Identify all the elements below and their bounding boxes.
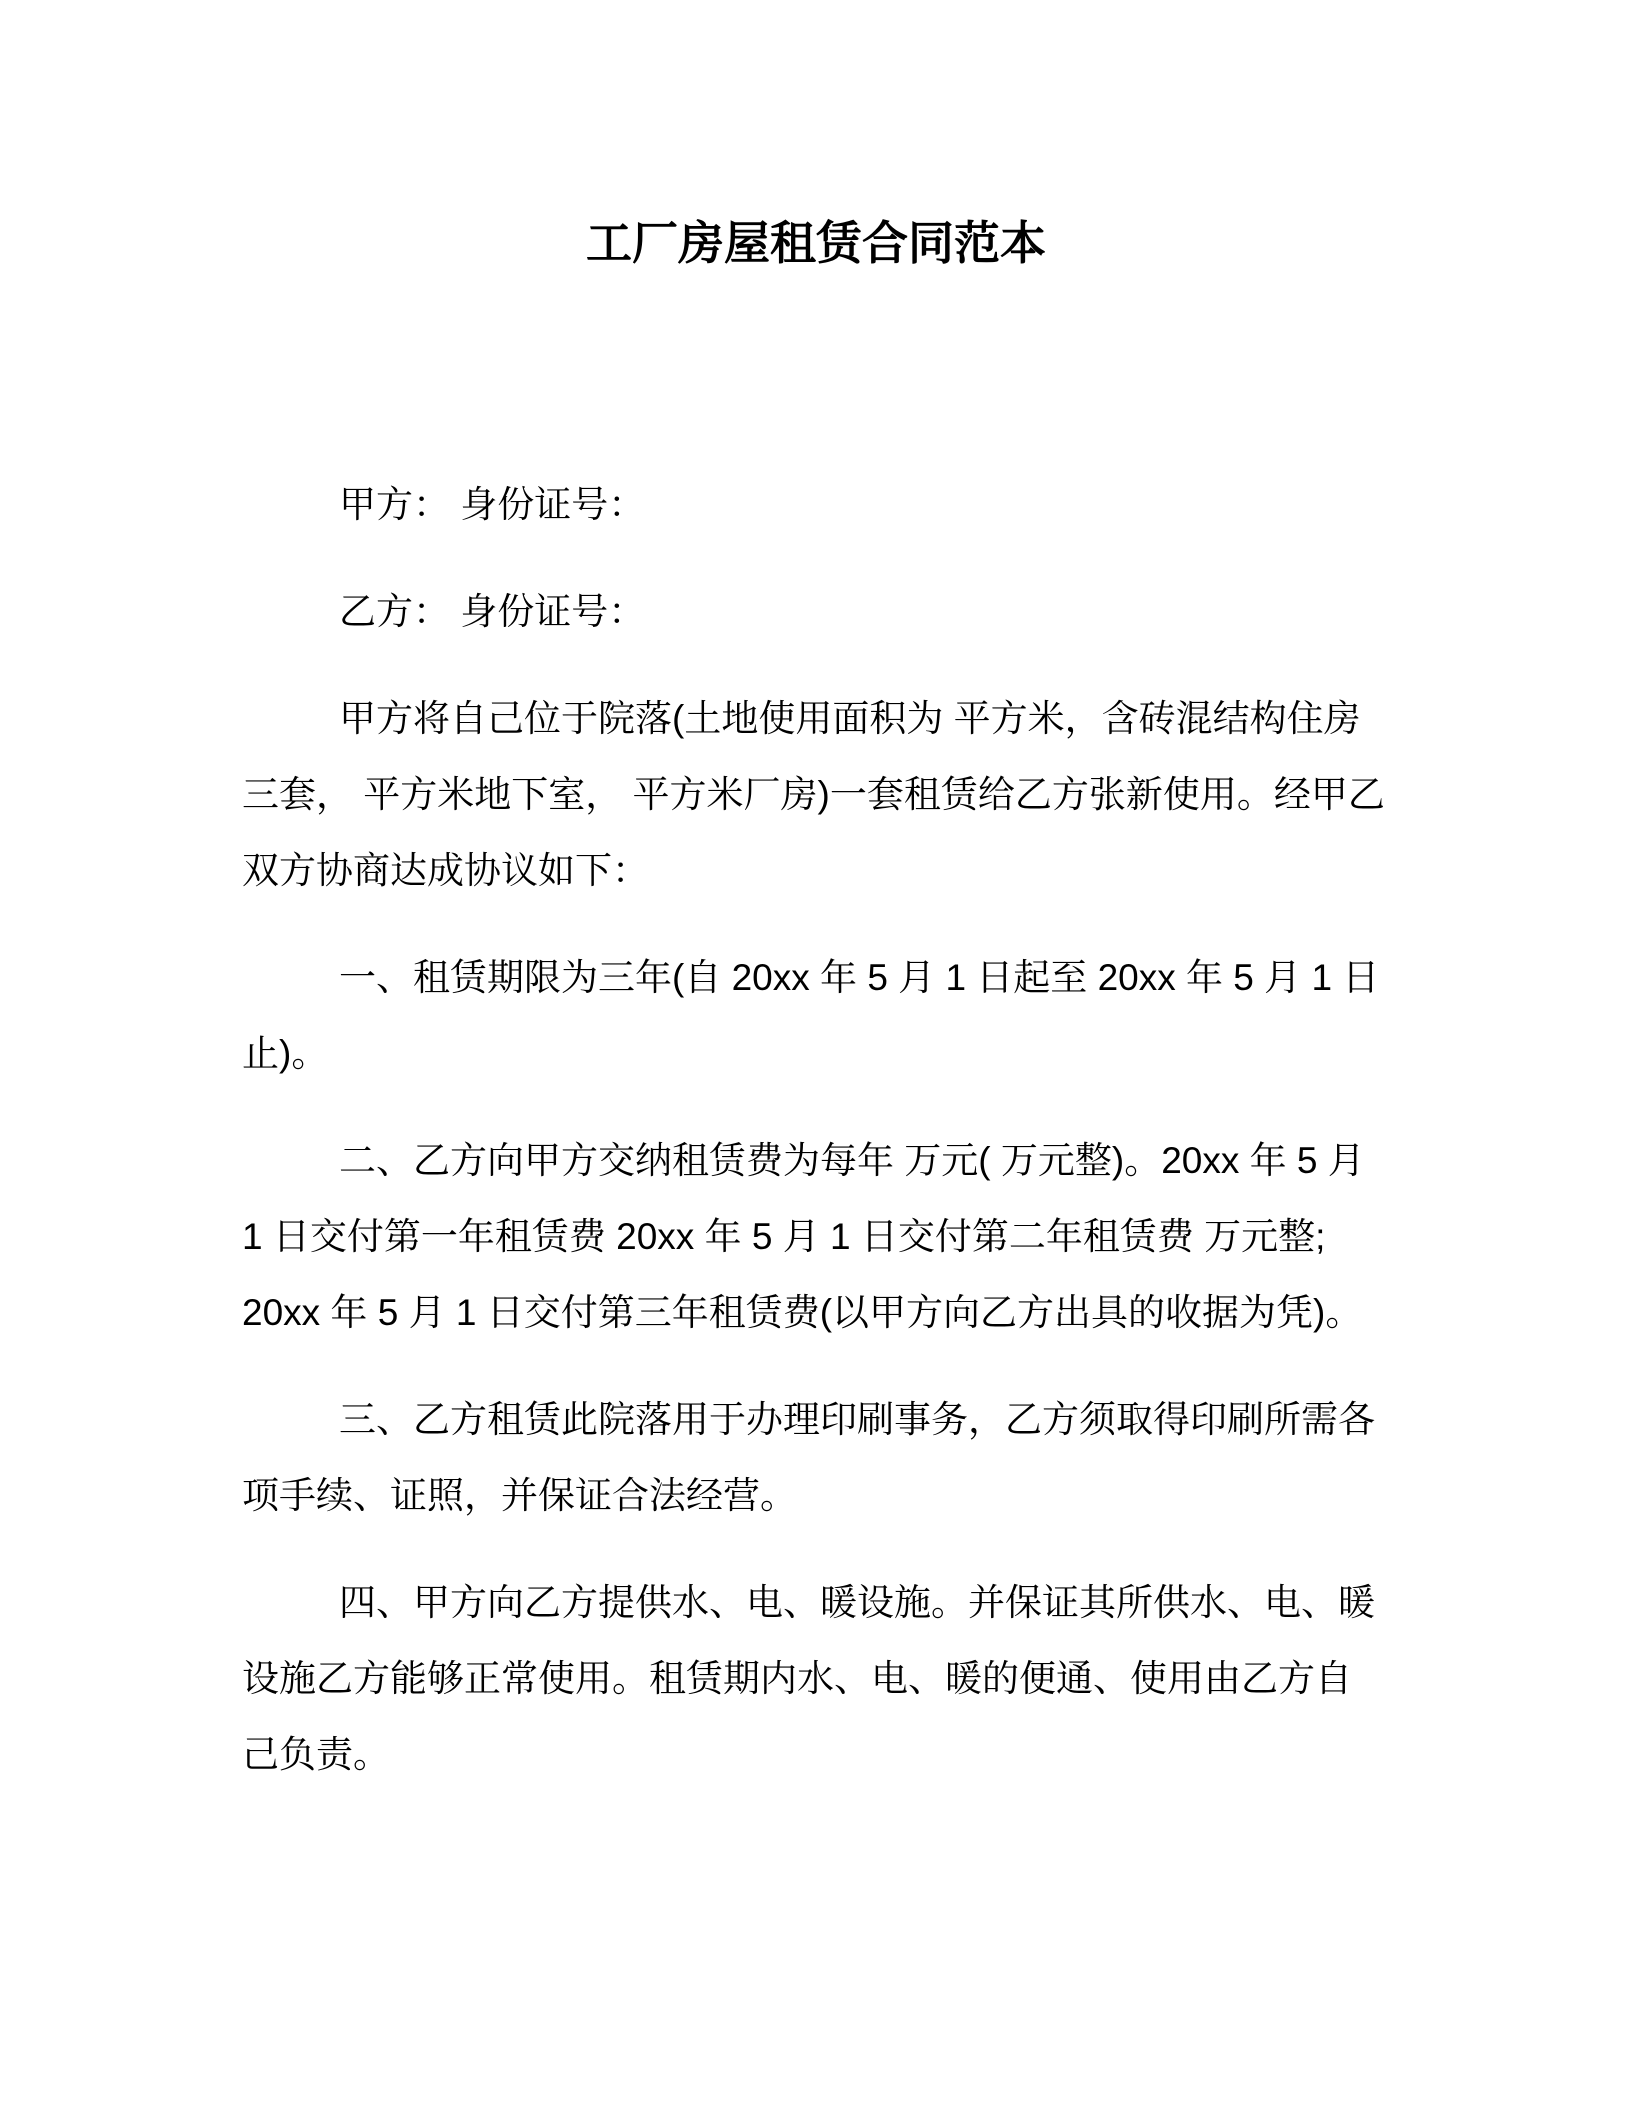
- document-title: 工厂房屋租赁合同范本: [242, 210, 1390, 276]
- text-line: 设施乙方能够正常使用。租赁期内水、电、暖的便通、使用由乙方自: [242, 1641, 1390, 1717]
- text-line: 双方协商达成协议如下：: [242, 833, 1390, 909]
- intro-paragraph: 甲方将自己位于院落(土地使用面积为 平方米，含砖混结构住房 三套， 平方米地下室…: [242, 681, 1390, 909]
- text-line: 一、租赁期限为三年(自 20xx 年 5 月 1 日起至 20xx 年 5 月 …: [242, 940, 1390, 1016]
- clause-2-paragraph: 二、乙方向甲方交纳租赁费为每年 万元( 万元整)。20xx 年 5 月 1 日交…: [242, 1123, 1390, 1351]
- clause-4-paragraph: 四、甲方向乙方提供水、电、暖设施。并保证其所供水、电、暖 设施乙方能够正常使用。…: [242, 1565, 1390, 1793]
- text-line: 项手续、证照，并保证合法经营。: [242, 1458, 1390, 1534]
- document-page: 工厂房屋租赁合同范本 甲方： 身份证号： 乙方： 身份证号： 甲方将自己位于院落…: [0, 0, 1632, 2112]
- text-line: 己负责。: [242, 1717, 1390, 1793]
- party-a-line: 甲方： 身份证号：: [242, 467, 1390, 543]
- party-b-line: 乙方： 身份证号：: [242, 574, 1390, 650]
- text-line: 二、乙方向甲方交纳租赁费为每年 万元( 万元整)。20xx 年 5 月: [242, 1123, 1390, 1199]
- text-line: 20xx 年 5 月 1 日交付第三年租赁费(以甲方向乙方出具的收据为凭)。: [242, 1275, 1390, 1351]
- text-line: 三套， 平方米地下室， 平方米厂房)一套租赁给乙方张新使用。经甲乙: [242, 757, 1390, 833]
- clause-1-paragraph: 一、租赁期限为三年(自 20xx 年 5 月 1 日起至 20xx 年 5 月 …: [242, 940, 1390, 1092]
- party-a-paragraph: 甲方： 身份证号：: [242, 467, 1390, 543]
- text-line: 1 日交付第一年租赁费 20xx 年 5 月 1 日交付第二年租赁费 万元整;: [242, 1199, 1390, 1275]
- text-line: 止)。: [242, 1016, 1390, 1092]
- party-b-paragraph: 乙方： 身份证号：: [242, 574, 1390, 650]
- text-line: 四、甲方向乙方提供水、电、暖设施。并保证其所供水、电、暖: [242, 1565, 1390, 1641]
- text-line: 三、乙方租赁此院落用于办理印刷事务，乙方须取得印刷所需各: [242, 1382, 1390, 1458]
- text-line: 甲方将自己位于院落(土地使用面积为 平方米，含砖混结构住房: [242, 681, 1390, 757]
- clause-3-paragraph: 三、乙方租赁此院落用于办理印刷事务，乙方须取得印刷所需各 项手续、证照，并保证合…: [242, 1382, 1390, 1534]
